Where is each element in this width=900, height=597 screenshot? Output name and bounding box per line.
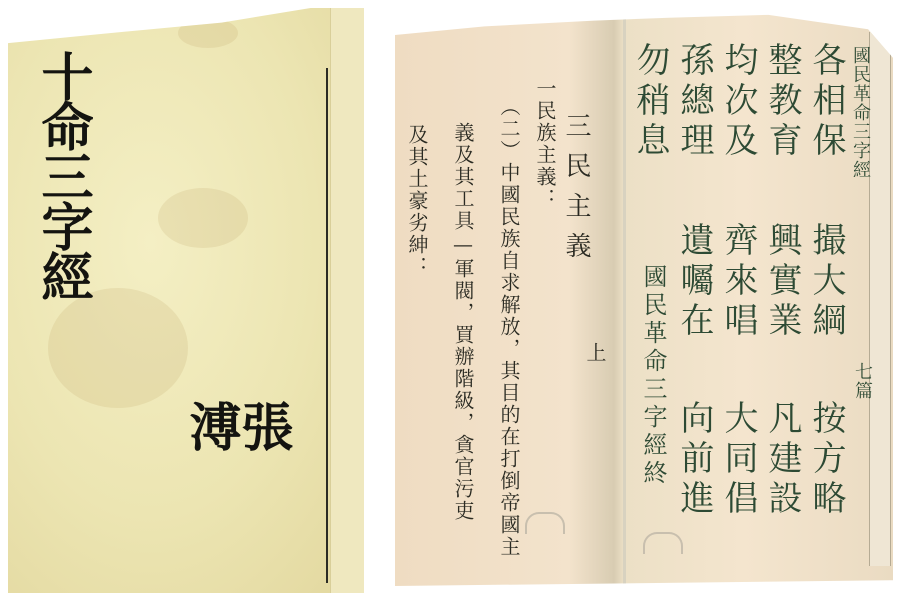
verse-col-4: 孫總理 [677, 42, 711, 162]
margin-page-label: 七篇 [853, 362, 871, 400]
left-page-margin-mark: 上 [585, 342, 605, 364]
page-edges [869, 32, 891, 566]
verse-col-12: 大同倡 [721, 400, 755, 520]
binding-thread [643, 532, 683, 554]
page-fold [623, 12, 626, 586]
paper-stain [48, 288, 188, 408]
margin-title: 國民革命三字經 [851, 46, 869, 179]
verse-col-10: 按方略 [809, 400, 843, 520]
verse-col-3: 均次及 [721, 42, 755, 162]
manuscript-footer: 國民革命三字經終 [641, 264, 665, 488]
cover-author: 張溥 [184, 400, 288, 593]
paper-stain [178, 18, 238, 48]
verse-col-11: 凡建設 [765, 400, 799, 520]
cover-title: 十命三字經 [36, 50, 88, 300]
verse-col-7: 興實業 [765, 222, 799, 342]
verse-col-13: 向前進 [677, 400, 711, 520]
verse-col-6: 撮大綱 [809, 222, 843, 342]
left-page-col3: 義及其工具—軍閥，買辦階級，貪官污吏 [453, 122, 473, 522]
verse-col-2: 整教育 [765, 42, 799, 162]
verse-col-9: 遺囑在 [677, 222, 711, 342]
left-page-col2: （二）中國民族自求解放，其目的在打倒帝國主 [499, 96, 519, 558]
verse-col-1: 各相保 [809, 42, 843, 162]
binding-line [326, 68, 328, 583]
verse-col-5: 勿稍息 [633, 42, 667, 162]
manuscript-photo: 三民主義 一民族主義： （二）中國民族自求解放，其目的在打倒帝國主 義及其工具—… [395, 12, 893, 586]
left-page-heading: 三民主義 [563, 112, 589, 272]
left-page-col1: 一民族主義： [535, 78, 555, 210]
left-page-col4: 及其土豪劣紳： [407, 124, 427, 278]
cover-spine-strip [330, 8, 364, 593]
paper-stain [158, 188, 248, 248]
verse-col-8: 齊來唱 [721, 222, 755, 342]
binding-thread [525, 512, 565, 534]
book-cover-photo: 十命三字經 張溥 [8, 8, 364, 593]
